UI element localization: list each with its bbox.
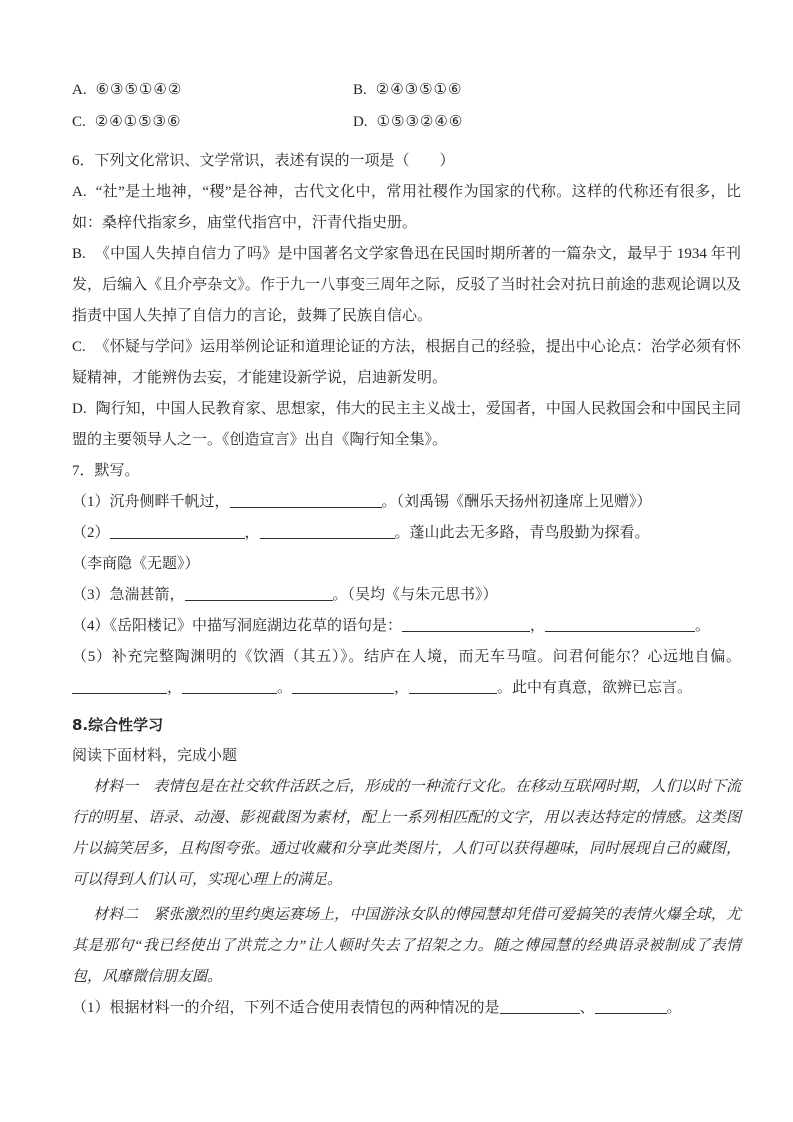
q6-option-c: C.《怀疑与学问》运用举例论证和道理论证的方法，根据自己的经验，提出中心论点：治… (72, 332, 741, 394)
option-letter: B. (353, 82, 367, 98)
item-text: 。 (695, 618, 710, 634)
circled-number-sequence: ①⑤③②④⑥ (377, 112, 464, 130)
item-text: 。蓬山此去无多路，青鸟殷勤为探看。 (395, 525, 650, 541)
option-letter: A. (72, 82, 87, 98)
item-text: （2） (72, 525, 110, 541)
q8-material-2: 材料二 紧张激烈的里约奥运赛场上，中国游泳女队的傅园慧却凭借可爱搞笑的表情火爆全… (72, 900, 741, 993)
item-text: ， (394, 680, 409, 696)
answer-blank (500, 998, 580, 1014)
q5-option-b: B.②④③⑤①⑥ (353, 74, 741, 106)
circled-number-sequence: ⑥③⑤①④② (96, 80, 183, 98)
option-letter: A. (72, 184, 87, 200)
answer-blank (72, 678, 167, 694)
q5-option-a: A.⑥③⑤①④② (72, 74, 353, 106)
item-text: （3）急湍甚箭， (72, 587, 185, 603)
q6-option-a: A.“社”是土地神，“稷”是谷神，古代文化中，常用社稷作为国家的代称。这样的代称… (72, 177, 741, 239)
answer-blank (260, 523, 395, 539)
q5-options-row-2: C.②④①⑤③⑥ D.①⑤③②④⑥ (72, 106, 741, 138)
circled-number-sequence: ②④①⑤③⑥ (95, 112, 182, 130)
item-text: 。此中有真意，欲辨已忘言。 (497, 680, 692, 696)
answer-blank (230, 492, 382, 508)
option-letter: D. (353, 114, 368, 130)
q7-title: 7．默写。 (72, 456, 741, 487)
q8-sub-question-1: （1）根据材料一的介绍，下列不适合使用表情包的两种情况的是、。 (72, 993, 741, 1024)
q7-item-2: （2），。蓬山此去无多路，青鸟殷勤为探看。 (72, 518, 741, 549)
answer-blank (595, 998, 667, 1014)
item-text: （5）补充完整陶渊明的《饮酒（其五）》。结庐在人境，而无车马喧。问君何能尔？心远… (72, 649, 741, 665)
q7-item-5: （5）补充完整陶渊明的《饮酒（其五）》。结庐在人境，而无车马喧。问君何能尔？心远… (72, 642, 741, 704)
answer-blank (402, 616, 530, 632)
item-text: 。（吴均《与朱元思书》） (333, 587, 498, 603)
option-letter: C. (72, 339, 86, 355)
q6-option-d: D.陶行知，中国人民教育家、思想家，伟大的民主主义战士，爱国者，中国人民救国会和… (72, 394, 741, 456)
answer-blank (110, 523, 245, 539)
option-letter: B. (72, 246, 86, 262)
item-text: （4）《岳阳楼记》中描写洞庭湖边花草的语句是： (72, 618, 402, 634)
answer-blank (182, 678, 277, 694)
item-text: ， (167, 680, 182, 696)
q5-option-c: C.②④①⑤③⑥ (72, 106, 353, 138)
option-letter: C. (72, 114, 86, 130)
option-text: 陶行知，中国人民教育家、思想家，伟大的民主主义战士，爱国者，中国人民救国会和中国… (72, 401, 741, 448)
q7-item-4: （4）《岳阳楼记》中描写洞庭湖边花草的语句是：，。 (72, 611, 741, 642)
option-text: 《怀疑与学问》运用举例论证和道理论证的方法，根据自己的经验，提出中心论点：治学必… (72, 339, 741, 386)
q5-option-d: D.①⑤③②④⑥ (353, 106, 741, 138)
answer-blank (545, 616, 695, 632)
item-text: ， (245, 525, 260, 541)
item-text: ， (530, 618, 545, 634)
exam-document-page: A.⑥③⑤①④② B.②④③⑤①⑥ C.②④①⑤③⑥ D.①⑤③②④⑥ 6．下列… (0, 0, 793, 1024)
q7-item-1: （1）沉舟侧畔千帆过，。（刘禹锡《酬乐天扬州初逢席上见赠》） (72, 487, 741, 518)
item-text: 、 (580, 1000, 595, 1016)
option-text: 《中国人失掉自信力了吗》是中国著名文学家鲁迅在民国时期所著的一篇杂文，最早于 1… (72, 246, 741, 324)
q8-heading: 8.综合性学习 (72, 710, 741, 741)
circled-number-sequence: ②④③⑤①⑥ (376, 80, 463, 98)
answer-blank (185, 585, 333, 601)
item-text: 。 (277, 680, 292, 696)
item-text: 。（刘禹锡《酬乐天扬州初逢席上见赠》） (382, 494, 652, 510)
q6-option-b: B.《中国人失掉自信力了吗》是中国著名文学家鲁迅在民国时期所著的一篇杂文，最早于… (72, 239, 741, 332)
item-text: （1）根据材料一的介绍，下列不适合使用表情包的两种情况的是 (72, 1000, 500, 1016)
q5-options-row-1: A.⑥③⑤①④② B.②④③⑤①⑥ (72, 74, 741, 106)
q6-stem: 6．下列文化常识、文学常识，表述有误的一项是（ ） (72, 146, 741, 177)
item-text: （1）沉舟侧畔千帆过， (72, 494, 230, 510)
q8-material-1: 材料一 表情包是在社交软件活跃之后，形成的一种流行文化。在移动互联网时期，人们以… (72, 772, 741, 896)
option-text: “社”是土地神，“稷”是谷神，古代文化中，常用社稷作为国家的代称。这样的代称还有… (72, 184, 741, 231)
q8-intro: 阅读下面材料，完成小题 (72, 741, 741, 772)
q7-item-3: （3）急湍甚箭，。（吴均《与朱元思书》） (72, 580, 741, 611)
item-text: 。 (667, 1000, 682, 1016)
answer-blank (409, 678, 497, 694)
option-letter: D. (72, 401, 87, 417)
q7-item-2-source: （李商隐《无题》） (72, 549, 741, 580)
answer-blank (292, 678, 394, 694)
